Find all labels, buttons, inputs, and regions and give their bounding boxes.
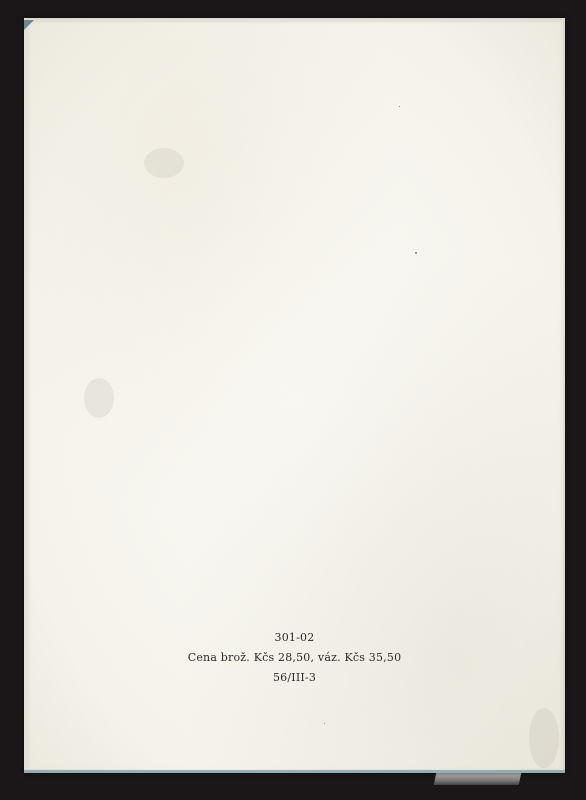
cover-top-edge	[24, 18, 565, 24]
cover-bottom-edge	[24, 770, 565, 773]
imprint-catalog-number: 56/III-3	[24, 671, 565, 684]
wear-spot	[84, 378, 114, 418]
imprint-code: 301-02	[24, 631, 565, 644]
speck	[324, 723, 325, 724]
imprint-price: Cena brož. Kčs 28,50, váz. Kčs 35,50	[24, 651, 565, 664]
book-back-cover: 301-02 Cena brož. Kčs 28,50, váz. Kčs 35…	[24, 18, 565, 773]
corner-wear-mark	[24, 20, 34, 30]
wear-spot	[144, 148, 184, 178]
speck	[399, 106, 400, 107]
page-edge-strip	[434, 773, 522, 785]
speck	[415, 252, 417, 254]
wear-spot	[529, 708, 559, 768]
